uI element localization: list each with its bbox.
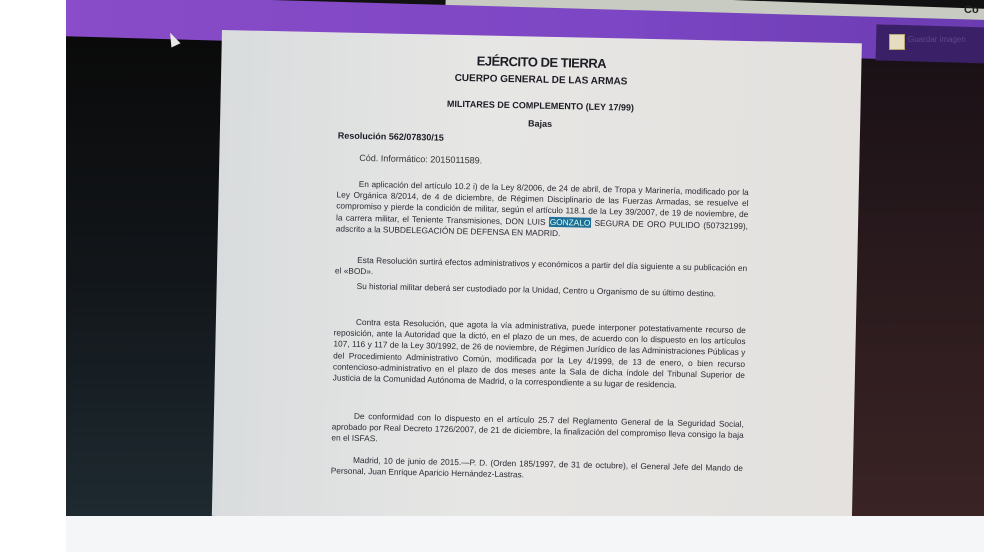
left-dark-panel [66,36,226,516]
highlighted-name[interactable]: GONZALO [549,216,592,227]
caption-area [66,516,984,552]
paragraph-1: En aplicación del artículo 10.2 i) de la… [336,178,749,243]
document-section: Bajas [220,112,860,135]
right-dark-panel [842,60,984,516]
taskbar-item-label[interactable]: Guardar imagen [908,35,966,44]
document-code: Cód. Informático: 2015011589. [359,153,482,166]
paragraph-5: De conformidad con lo dispuesto en el ar… [331,410,744,452]
corner-text: Co [964,4,979,16]
resolution-number: Resolución 562/07830/15 [338,130,444,142]
image-icon[interactable] [889,34,905,50]
screen-photo: Co Guardar imagen EJÉRCITO DE TIERRA CUE… [66,0,984,516]
paragraph-6: Madrid, 10 de junio de 2015.—P. D. (Orde… [331,454,743,485]
document-page: EJÉRCITO DE TIERRA CUERPO GENERAL DE LAS… [212,30,862,516]
paragraph-4: Contra esta Resolución, que agota la vía… [333,316,746,392]
